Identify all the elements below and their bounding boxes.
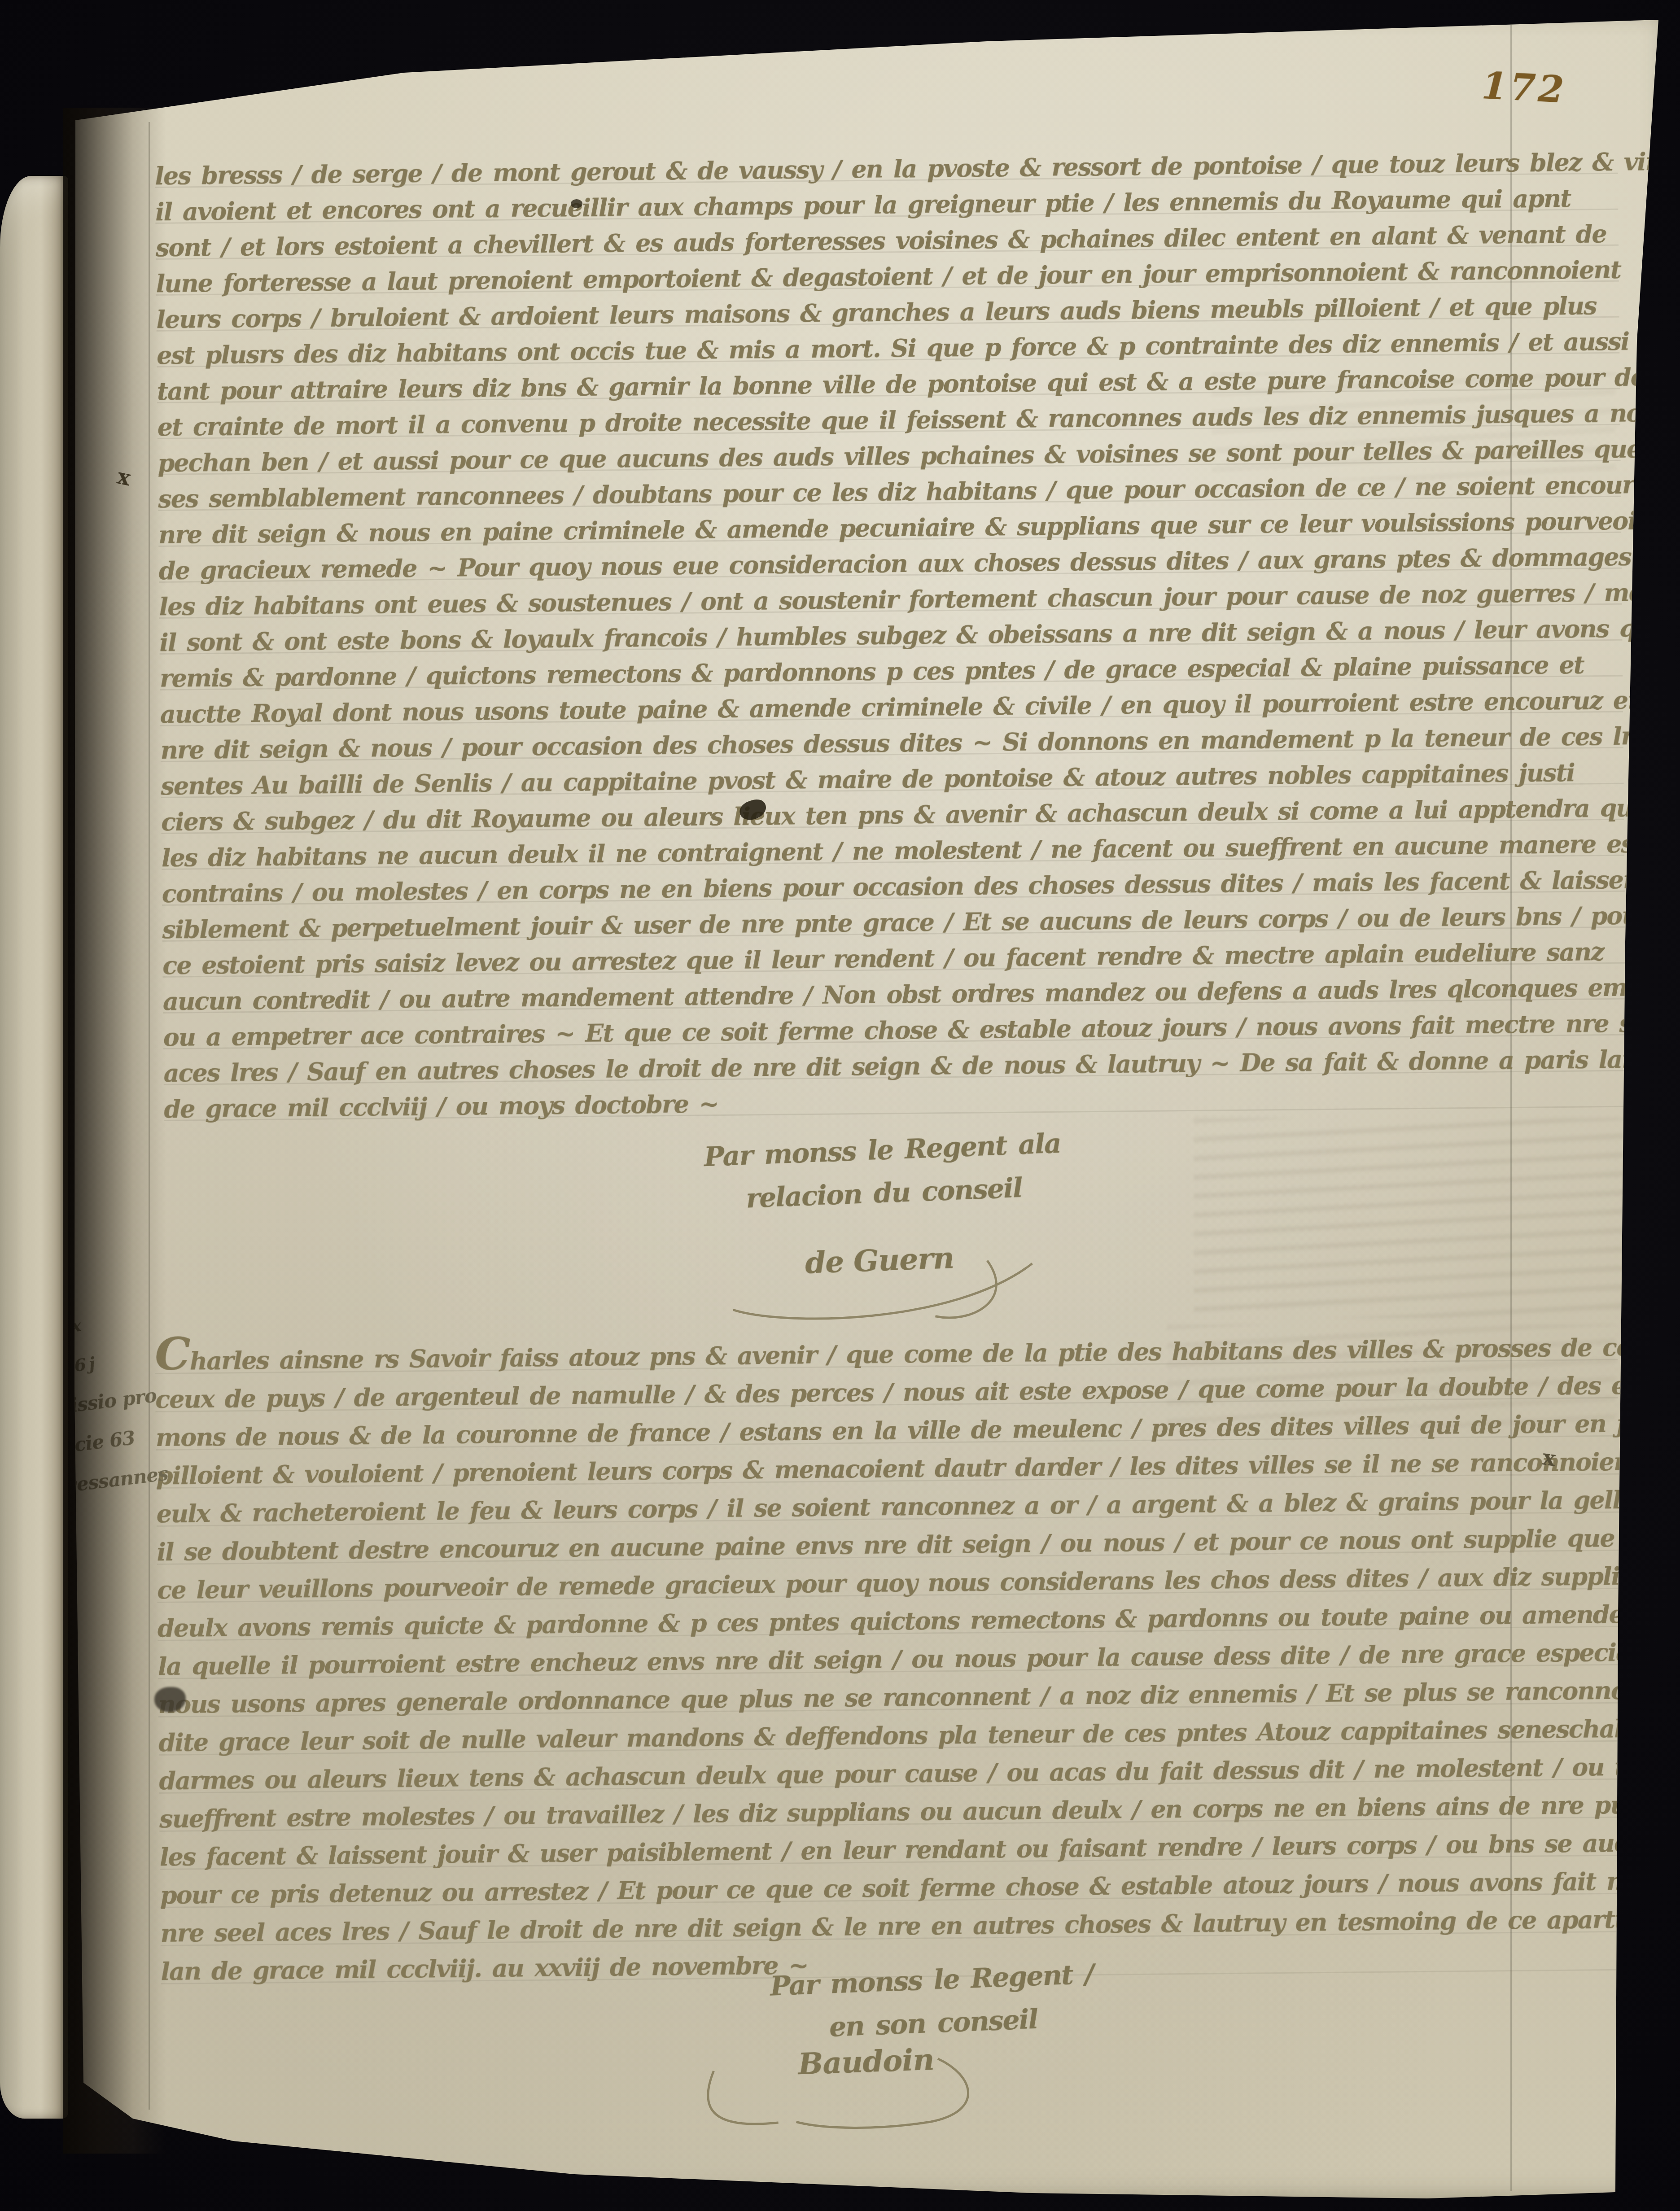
margin-cross-mark: x (115, 464, 133, 491)
ink-blot (571, 199, 582, 208)
act1-signature: de Guern (700, 1237, 1059, 1284)
parchment-folio: 172 les bresss / de serge / de mont gero… (0, 0, 1680, 2211)
act2-text-block: Charles ainsne rs Savoir faiss atouz pns… (155, 1328, 1624, 1991)
verso-bleedthrough (1194, 1118, 1624, 1318)
act1-text-block: les bresss / de serge / de mont gerout &… (155, 144, 1627, 1127)
manuscript-photo: 172 les bresss / de serge / de mont gero… (0, 0, 1680, 2211)
left-margin-rule-line (149, 122, 150, 2110)
signature-name: Baudoin (797, 2042, 934, 2082)
book-page-edges (0, 176, 68, 2119)
folio-number: 172 (1481, 64, 1568, 112)
act1-endorsement: Par monss le Regent ala relacion du cons… (601, 1118, 1165, 1226)
signature-name: de Guern (805, 1240, 955, 1280)
